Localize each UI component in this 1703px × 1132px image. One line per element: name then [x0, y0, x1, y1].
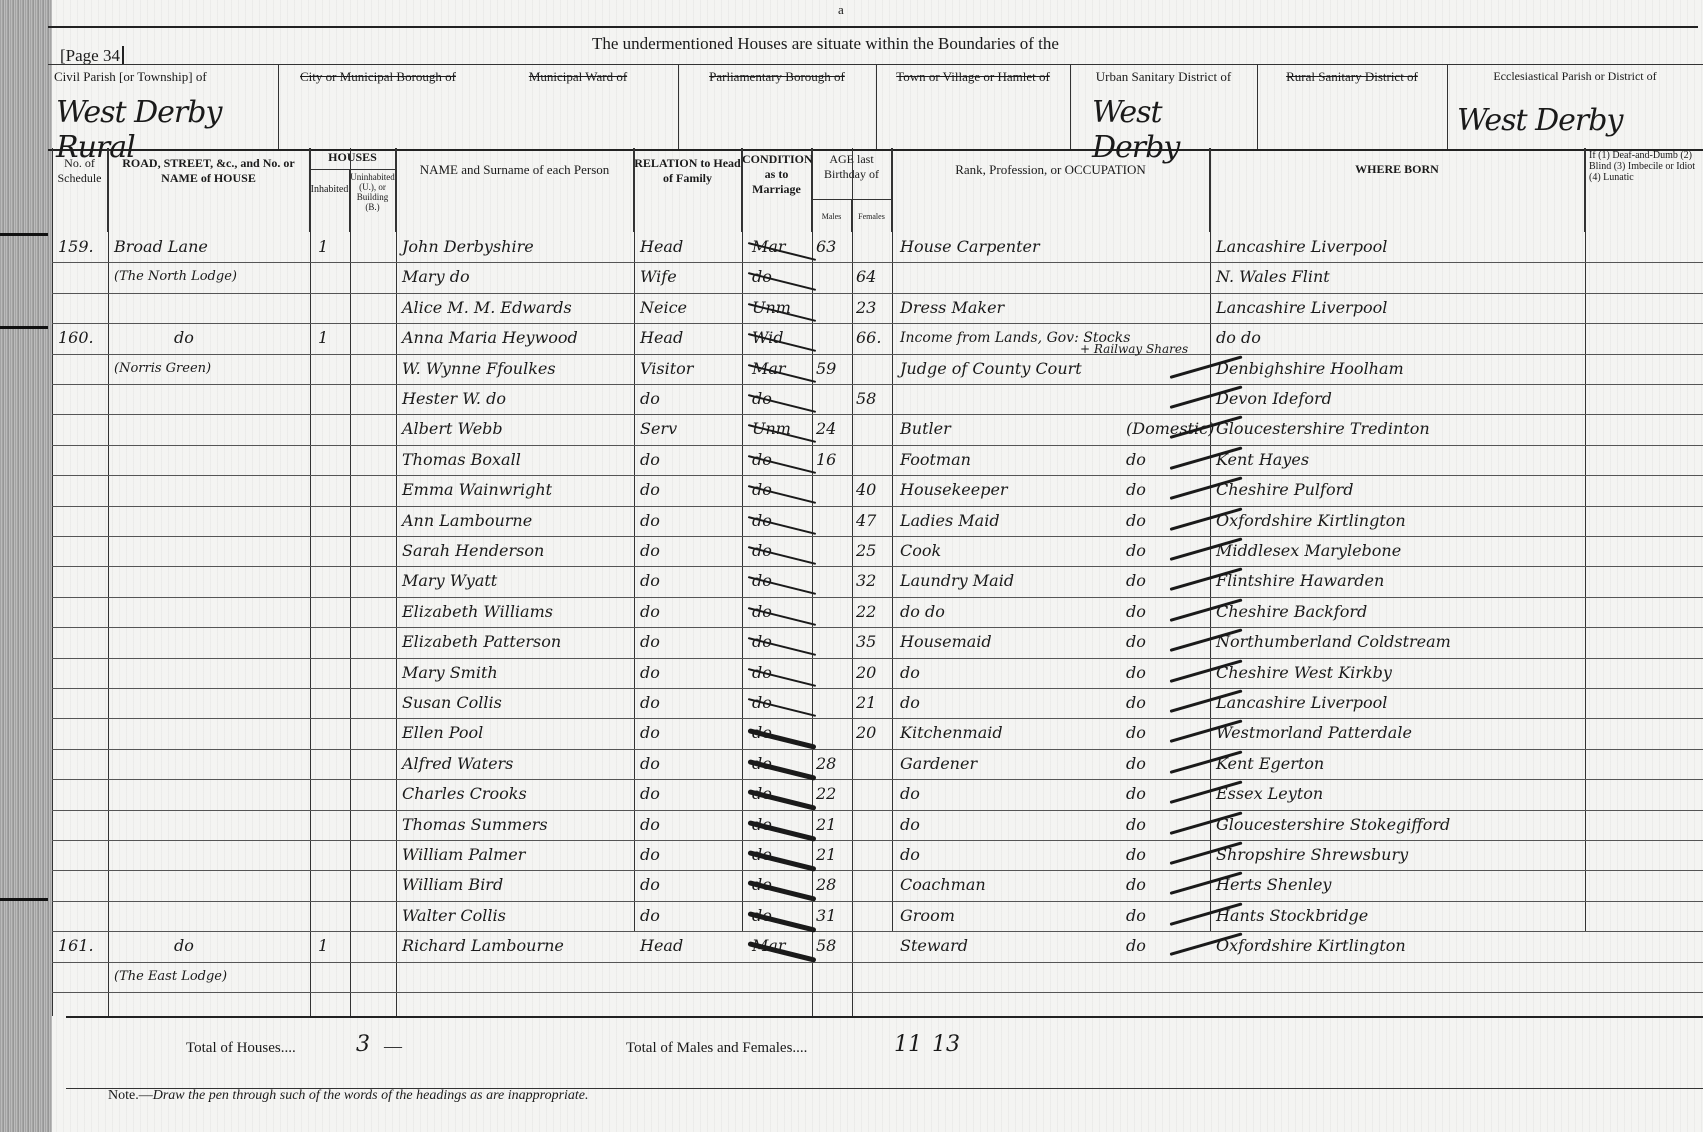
cell-inhabited: [318, 445, 346, 475]
cell-female-age: 66.: [856, 323, 890, 353]
cell-inhabited: [318, 901, 346, 931]
cell-relation: do: [640, 688, 740, 718]
col-name: NAME and Surname of each Person: [396, 148, 634, 232]
cell-born: Westmorland Patterdale: [1216, 718, 1584, 748]
cell-address: [114, 566, 310, 596]
cell-born: Denbighshire Hoolham: [1216, 354, 1584, 384]
cell-schedule: [58, 597, 106, 627]
cell-inhabited: [318, 749, 346, 779]
cell-male-age: 63: [816, 232, 850, 262]
cell-male-age: 31: [816, 901, 850, 931]
cell-born: Lancashire Liverpool: [1216, 293, 1584, 323]
cell-male-age: 21: [816, 840, 850, 870]
cell-male-age: [816, 506, 850, 536]
cell-male-age: [816, 262, 850, 292]
cell-female-age: [856, 445, 890, 475]
cell-occupation: [900, 962, 1120, 992]
cell-inhabited: 1: [318, 232, 346, 262]
cell-schedule: [58, 384, 106, 414]
col-afflictions: If (1) Deaf-and-Dumb (2) Blind (3) Imbec…: [1585, 148, 1703, 232]
cell-female-age: 58: [856, 384, 890, 414]
cell-occupation: Ladies Maid: [900, 506, 1120, 536]
cell-name: Sarah Henderson: [402, 536, 632, 566]
cell-inhabited: [318, 262, 346, 292]
cell-address: [114, 779, 310, 809]
cell-schedule: [58, 536, 106, 566]
boundaries-row: Civil Parish [or Township] of West Derby…: [48, 64, 1703, 151]
col-males: Males: [812, 200, 852, 232]
cell-name: Alice M. M. Edwards: [402, 293, 632, 323]
cell-occupation: Housemaid: [900, 627, 1120, 657]
cell-name: Ellen Pool: [402, 718, 632, 748]
cell-born: Lancashire Liverpool: [1216, 688, 1584, 718]
cell-address: [114, 597, 310, 627]
cell-employment: [1126, 232, 1210, 262]
cell-female-age: 25: [856, 536, 890, 566]
cell-schedule: [58, 475, 106, 505]
rural-sanitary-label: Rural Sanitary District of: [1263, 69, 1441, 85]
cell-inhabited: [318, 779, 346, 809]
cell-occupation: Groom: [900, 901, 1120, 931]
cell-schedule: [58, 718, 106, 748]
cell-address: (Norris Green): [114, 354, 310, 384]
cell-name: Hester W. do: [402, 384, 632, 414]
total-persons-label: Total of Males and Females....: [626, 1040, 807, 1057]
cell-name: Elizabeth Patterson: [402, 627, 632, 657]
cell-female-age: [856, 354, 890, 384]
cell-relation: Head: [640, 323, 740, 353]
cell-male-age: [816, 323, 850, 353]
cell-employment: [1126, 293, 1210, 323]
cell-schedule: [58, 414, 106, 444]
cell-inhabited: [318, 810, 346, 840]
urban-sanitary-label: Urban Sanitary District of: [1076, 69, 1251, 85]
cell-schedule: [58, 566, 106, 596]
cell-relation: do: [640, 718, 740, 748]
cell-address: [114, 445, 310, 475]
parliamentary-borough-label: Parliamentary Borough of: [684, 69, 870, 85]
cell-female-age: 23: [856, 293, 890, 323]
total-houses-label: Total of Houses....: [186, 1040, 296, 1057]
col-occupation: Rank, Profession, or OCCUPATION: [892, 148, 1210, 232]
cell-occupation: Dress Maker: [900, 293, 1120, 323]
cell-occupation: Laundry Maid: [900, 566, 1120, 596]
col-relation: RELATION to Head of Family: [634, 148, 742, 232]
cell-address: [114, 506, 310, 536]
col-condition: CONDITION as to Marriage: [742, 148, 812, 232]
cell-female-age: [856, 931, 890, 961]
cell-name: Walter Collis: [402, 901, 632, 931]
cell-occupation: do: [900, 658, 1120, 688]
col-schedule: No. of Schedule: [52, 148, 108, 232]
scan-edge: [0, 0, 52, 1132]
town-village-cell: Town or Village or Hamlet of: [876, 65, 1071, 149]
municipal-ward-cell: Municipal Ward of: [478, 65, 679, 149]
cell-schedule: [58, 354, 106, 384]
cell-address: [114, 810, 310, 840]
cell-male-age: 58: [816, 931, 850, 961]
cell-occupation: Cook: [900, 536, 1120, 566]
cell-schedule: 160.: [58, 323, 106, 353]
cell-name: John Derbyshire: [402, 232, 632, 262]
cell-born: Essex Leyton: [1216, 779, 1584, 809]
cell-schedule: [58, 840, 106, 870]
cell-name: William Palmer: [402, 840, 632, 870]
cell-occupation: Kitchenmaid: [900, 718, 1120, 748]
cell-condition: [752, 962, 810, 992]
cell-born: Hants Stockbridge: [1216, 901, 1584, 931]
cell-address: [114, 870, 310, 900]
cell-occupation: do: [900, 779, 1120, 809]
cell-address: [114, 901, 310, 931]
cell-male-age: 16: [816, 445, 850, 475]
parliamentary-borough-cell: Parliamentary Borough of: [678, 65, 877, 149]
cell-inhabited: [318, 566, 346, 596]
cell-address: [114, 749, 310, 779]
cell-born: Kent Egerton: [1216, 749, 1584, 779]
urban-sanitary-cell: Urban Sanitary District of West Derby: [1070, 65, 1258, 149]
cell-relation: do: [640, 779, 740, 809]
cell-inhabited: 1: [318, 323, 346, 353]
cell-female-age: [856, 749, 890, 779]
cell-male-age: [816, 384, 850, 414]
cell-address: [114, 718, 310, 748]
cell-relation: do: [640, 870, 740, 900]
cell-male-age: [816, 962, 850, 992]
cell-name: Richard Lambourne: [402, 931, 632, 961]
total-houses-uninhabited: —: [384, 1036, 402, 1057]
cell-schedule: [58, 658, 106, 688]
cell-born: Devon Ideford: [1216, 384, 1584, 414]
municipal-ward-label: Municipal Ward of: [484, 69, 672, 85]
cell-address: [114, 658, 310, 688]
cell-inhabited: [318, 718, 346, 748]
col-females: Females: [852, 200, 892, 232]
cell-relation: Visitor: [640, 354, 740, 384]
rural-sanitary-cell: Rural Sanitary District of: [1257, 65, 1448, 149]
totals-row: Total of Houses.... 3 — Total of Males a…: [66, 1016, 1703, 1089]
cell-address: (The East Lodge): [114, 962, 310, 992]
cell-female-age: 22: [856, 597, 890, 627]
cell-name: Charles Crooks: [402, 779, 632, 809]
cell-male-age: [816, 293, 850, 323]
cell-born: Kent Hayes: [1216, 445, 1584, 475]
borough-cell: City or Municipal Borough of: [278, 65, 478, 149]
ecclesiastical-parish-label: Ecclesiastical Parish or District of: [1453, 69, 1697, 84]
col-uninhabited: Uninhabited (U.), or Building (B.): [350, 170, 396, 232]
cell-female-age: [856, 870, 890, 900]
cell-name: Ann Lambourne: [402, 506, 632, 536]
cell-occupation: do: [900, 810, 1120, 840]
cell-address: [114, 840, 310, 870]
cell-schedule: 161.: [58, 931, 106, 961]
cell-address: [114, 536, 310, 566]
cell-female-age: [856, 901, 890, 931]
cell-inhabited: [318, 597, 346, 627]
cell-born: do do: [1216, 323, 1584, 353]
cell-relation: do: [640, 536, 740, 566]
note-text: Draw the pen through such of the words o…: [153, 1088, 589, 1103]
cell-relation: do: [640, 810, 740, 840]
cell-female-age: 21: [856, 688, 890, 718]
cell-male-age: [816, 688, 850, 718]
cell-female-age: [856, 840, 890, 870]
cell-occupation: Housekeeper: [900, 475, 1120, 505]
col-address: ROAD, STREET, &c., and No. or NAME of HO…: [108, 148, 310, 232]
cell-female-age: [856, 810, 890, 840]
cell-inhabited: [318, 962, 346, 992]
cell-relation: do: [640, 445, 740, 475]
cell-relation: [640, 962, 740, 992]
cell-name: Elizabeth Williams: [402, 597, 632, 627]
note-prefix: Note.—: [108, 1088, 153, 1103]
cell-name: William Bird: [402, 870, 632, 900]
cell-born: Northumberland Coldstream: [1216, 627, 1584, 657]
cell-inhabited: [318, 475, 346, 505]
cell-born: Gloucestershire Stokegifford: [1216, 810, 1584, 840]
cell-name: Anna Maria Heywood: [402, 323, 632, 353]
cell-name: Mary Wyatt: [402, 566, 632, 596]
cell-name: Alfred Waters: [402, 749, 632, 779]
cell-relation: do: [640, 658, 740, 688]
cell-name: Mary do: [402, 262, 632, 292]
census-page: a [Page 34 The undermentioned Houses are…: [0, 0, 1703, 1132]
cell-occupation: [900, 384, 1120, 414]
cell-address: [114, 414, 310, 444]
cell-inhabited: [318, 506, 346, 536]
cell-occupation: House Carpenter: [900, 232, 1120, 262]
total-houses-inhabited: 3: [356, 1032, 370, 1057]
occupation-note: + Railway Shares: [1080, 342, 1188, 356]
cell-male-age: [816, 658, 850, 688]
cell-relation: do: [640, 506, 740, 536]
cell-inhabited: 1: [318, 931, 346, 961]
cell-occupation: Gardener: [900, 749, 1120, 779]
town-village-label: Town or Village or Hamlet of: [882, 69, 1064, 85]
cell-born: Middlesex Marylebone: [1216, 536, 1584, 566]
cell-male-age: 28: [816, 749, 850, 779]
col-inhabited: Inhabited: [310, 170, 350, 232]
borough-label: City or Municipal Borough of: [284, 69, 472, 85]
top-page-mark: a: [838, 2, 844, 18]
cell-relation: do: [640, 627, 740, 657]
civil-parish-label: Civil Parish [or Township] of: [54, 69, 272, 85]
cell-occupation: Butler: [900, 414, 1120, 444]
col-where-born: WHERE BORN: [1210, 148, 1585, 232]
cell-relation: do: [640, 840, 740, 870]
cell-relation: do: [640, 566, 740, 596]
cell-male-age: [816, 718, 850, 748]
cell-born: N. Wales Flint: [1216, 262, 1584, 292]
cell-male-age: 24: [816, 414, 850, 444]
cell-inhabited: [318, 870, 346, 900]
cell-inhabited: [318, 688, 346, 718]
cell-occupation: do do: [900, 597, 1120, 627]
cell-inhabited: [318, 658, 346, 688]
cell-relation: do: [640, 901, 740, 931]
cell-female-age: 40: [856, 475, 890, 505]
cell-male-age: [816, 475, 850, 505]
ecclesiastical-parish-value: West Derby: [1457, 103, 1622, 138]
cell-occupation: Judge of County Court: [900, 354, 1120, 384]
cell-inhabited: [318, 354, 346, 384]
cell-born: Lancashire Liverpool: [1216, 232, 1584, 262]
cell-name: Thomas Summers: [402, 810, 632, 840]
cell-male-age: [816, 627, 850, 657]
cell-female-age: 32: [856, 566, 890, 596]
cell-male-age: [816, 597, 850, 627]
cell-schedule: [58, 293, 106, 323]
cell-born: Oxfordshire Kirtlington: [1216, 506, 1584, 536]
cell-schedule: [58, 901, 106, 931]
row-marker: [0, 233, 48, 236]
page-label: [Page 34: [60, 46, 124, 66]
cell-inhabited: [318, 293, 346, 323]
cell-female-age: 47: [856, 506, 890, 536]
cell-schedule: [58, 810, 106, 840]
cell-born: Oxfordshire Kirtlington: [1216, 931, 1584, 961]
cell-born: Cheshire West Kirkby: [1216, 658, 1584, 688]
cell-occupation: [900, 262, 1120, 292]
cell-male-age: 21: [816, 810, 850, 840]
cell-relation: do: [640, 475, 740, 505]
cell-schedule: [58, 627, 106, 657]
cell-address: (The North Lodge): [114, 262, 310, 292]
cell-inhabited: [318, 384, 346, 414]
cell-name: [402, 962, 632, 992]
boundaries-banner: The undermentioned Houses are situate wi…: [592, 34, 1059, 54]
cell-female-age: 64: [856, 262, 890, 292]
cell-born: Cheshire Pulford: [1216, 475, 1584, 505]
cell-male-age: 28: [816, 870, 850, 900]
cell-schedule: [58, 870, 106, 900]
cell-relation: Serv: [640, 414, 740, 444]
cell-occupation: Coachman: [900, 870, 1120, 900]
cell-schedule: [58, 688, 106, 718]
cell-born: Shropshire Shrewsbury: [1216, 840, 1584, 870]
cell-address: [114, 293, 310, 323]
cell-address: [114, 384, 310, 414]
cell-relation: Wife: [640, 262, 740, 292]
col-houses-group: HOUSES: [310, 148, 396, 170]
cell-relation: do: [640, 749, 740, 779]
cell-employment: [1126, 962, 1210, 992]
cell-inhabited: [318, 414, 346, 444]
cell-male-age: 22: [816, 779, 850, 809]
cell-name: Albert Webb: [402, 414, 632, 444]
cell-address: [114, 627, 310, 657]
cell-schedule: [58, 262, 106, 292]
cell-born: Herts Shenley: [1216, 870, 1584, 900]
cell-male-age: [816, 566, 850, 596]
cell-relation: Head: [640, 232, 740, 262]
cell-name: Mary Smith: [402, 658, 632, 688]
cell-schedule: 159.: [58, 232, 106, 262]
cell-employment: [1126, 262, 1210, 292]
cell-name: Thomas Boxall: [402, 445, 632, 475]
cell-schedule: [58, 962, 106, 992]
cell-schedule: [58, 749, 106, 779]
cell-schedule: [58, 506, 106, 536]
cell-name: Emma Wainwright: [402, 475, 632, 505]
cell-address: Broad Lane: [114, 232, 310, 262]
footer-note: Note.—Draw the pen through such of the w…: [108, 1088, 589, 1104]
cell-female-age: [856, 414, 890, 444]
cell-female-age: 20: [856, 718, 890, 748]
cell-relation: do: [640, 384, 740, 414]
cell-born: Flintshire Hawarden: [1216, 566, 1584, 596]
cell-born: Gloucestershire Tredinton: [1216, 414, 1584, 444]
total-females: 13: [932, 1032, 960, 1057]
cell-born: [1216, 962, 1584, 992]
cell-male-age: [816, 536, 850, 566]
cell-inhabited: [318, 627, 346, 657]
cell-occupation: Steward: [900, 931, 1120, 961]
cell-occupation: do: [900, 688, 1120, 718]
cell-name: Susan Collis: [402, 688, 632, 718]
cell-female-age: [856, 232, 890, 262]
cell-relation: Neice: [640, 293, 740, 323]
ecclesiastical-parish-cell: Ecclesiastical Parish or District of Wes…: [1447, 65, 1703, 149]
row-marker: [0, 898, 48, 901]
cell-occupation: do: [900, 840, 1120, 870]
cell-relation: Head: [640, 931, 740, 961]
cell-female-age: [856, 779, 890, 809]
cell-schedule: [58, 779, 106, 809]
cell-born: Cheshire Backford: [1216, 597, 1584, 627]
cell-address: [114, 688, 310, 718]
cell-occupation: Footman: [900, 445, 1120, 475]
cell-female-age: 35: [856, 627, 890, 657]
civil-parish-cell: Civil Parish [or Township] of West Derby…: [48, 65, 279, 149]
cell-inhabited: [318, 840, 346, 870]
cell-inhabited: [318, 536, 346, 566]
total-males: 11: [894, 1032, 922, 1057]
cell-schedule: [58, 445, 106, 475]
cell-female-age: 20: [856, 658, 890, 688]
cell-relation: do: [640, 597, 740, 627]
cell-address: [114, 475, 310, 505]
cell-name: W. Wynne Ffoulkes: [402, 354, 632, 384]
row-marker: [0, 326, 48, 329]
cell-male-age: 59: [816, 354, 850, 384]
cell-female-age: [856, 962, 890, 992]
